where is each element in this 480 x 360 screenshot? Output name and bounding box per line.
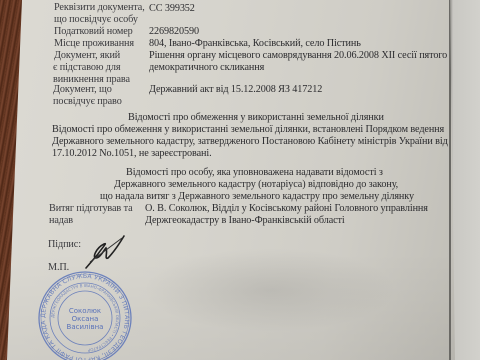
- field-value: 2269820590: [149, 26, 199, 38]
- field-label: Податковий номер: [54, 26, 133, 38]
- restrictions-body-line: 17.10.2012 No.1051, не зареєстровані.: [52, 148, 212, 160]
- field-label: Документ, який: [54, 50, 120, 62]
- field-value: Рішення органу місцевого самоврядування …: [149, 50, 447, 62]
- authorized-heading-line: що надала витяг з Державного земельного …: [100, 191, 414, 203]
- adjacent-page: [450, 0, 480, 360]
- field-label: Місце проживання: [54, 38, 134, 50]
- authorized-value: О. В. Соколюк, Відділ у Косівському райо…: [145, 203, 428, 215]
- authorized-heading-line: Відомості про особу, яка уповноважена на…: [126, 167, 383, 179]
- page-fold: [449, 0, 451, 360]
- field-label: посвідчує право: [53, 96, 122, 108]
- authorized-label: надав: [49, 215, 73, 227]
- field-value: демократичного скликання: [149, 62, 264, 74]
- svg-text:Соколюк: Соколюк: [69, 307, 101, 315]
- field-label: що посвідчує особу: [54, 14, 138, 26]
- svg-text:Василівна: Василівна: [67, 323, 104, 331]
- svg-text:Оксана: Оксана: [72, 315, 99, 323]
- signature-icon: [78, 232, 128, 272]
- field-label: є підставою для: [53, 62, 120, 74]
- field-label: Реквізити документа,: [54, 2, 145, 14]
- authorized-heading-line: Державного земельного кадастру (нотаріус…: [114, 179, 398, 191]
- signature-label: Підпис:: [48, 239, 81, 251]
- restrictions-body-line: Відомості про обмеження у використанні з…: [52, 124, 444, 136]
- field-value: СС 399352: [149, 3, 195, 15]
- field-value: 804, Івано-Франківська, Косівський, село…: [149, 38, 361, 50]
- authorized-label: Витяг підготував та: [49, 203, 133, 215]
- official-stamp-icon: ДЕРЖАВНА СЛУЖБА УКРАЇНИ З ПИТАНЬ ГЕОДЕЗІ…: [37, 270, 133, 360]
- field-label: Документ, що: [53, 84, 112, 96]
- restrictions-body-line: Державного земельного кадастру, затвердж…: [52, 136, 448, 148]
- authorized-value: Держгеокадастру в Івано-Франківській обл…: [145, 215, 345, 227]
- field-value: Державний акт від 15.12.2008 ЯЗ 417212: [149, 84, 322, 96]
- restrictions-heading: Відомості про обмеження у використанні з…: [128, 112, 384, 124]
